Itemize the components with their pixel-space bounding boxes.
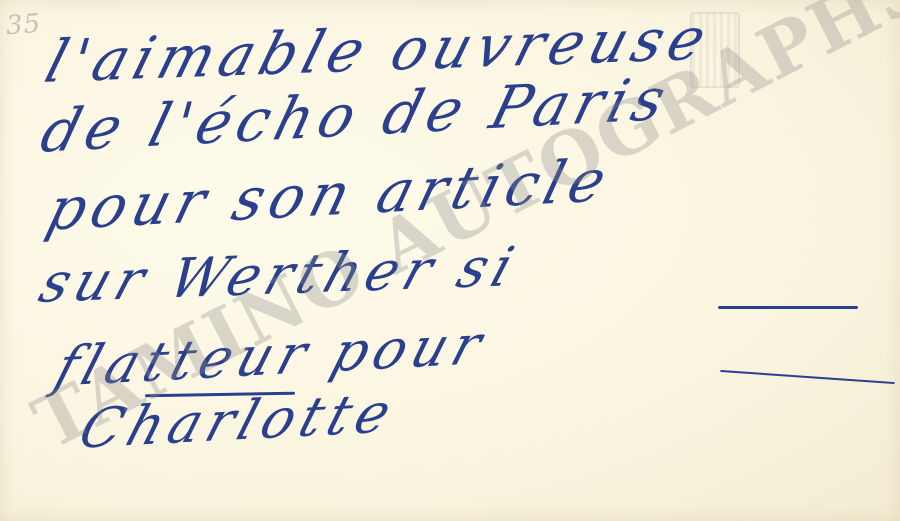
autograph-card: 35 l'aimable ouvreuse de l'écho de Paris… bbox=[0, 0, 900, 521]
underline-si bbox=[718, 306, 858, 309]
pen-tail-stroke bbox=[720, 370, 895, 384]
handwritten-line-5: flatteur pour bbox=[48, 312, 495, 399]
pencil-annotation: 35 bbox=[5, 9, 42, 41]
handwritten-line-4: sur Werther si bbox=[32, 235, 527, 315]
